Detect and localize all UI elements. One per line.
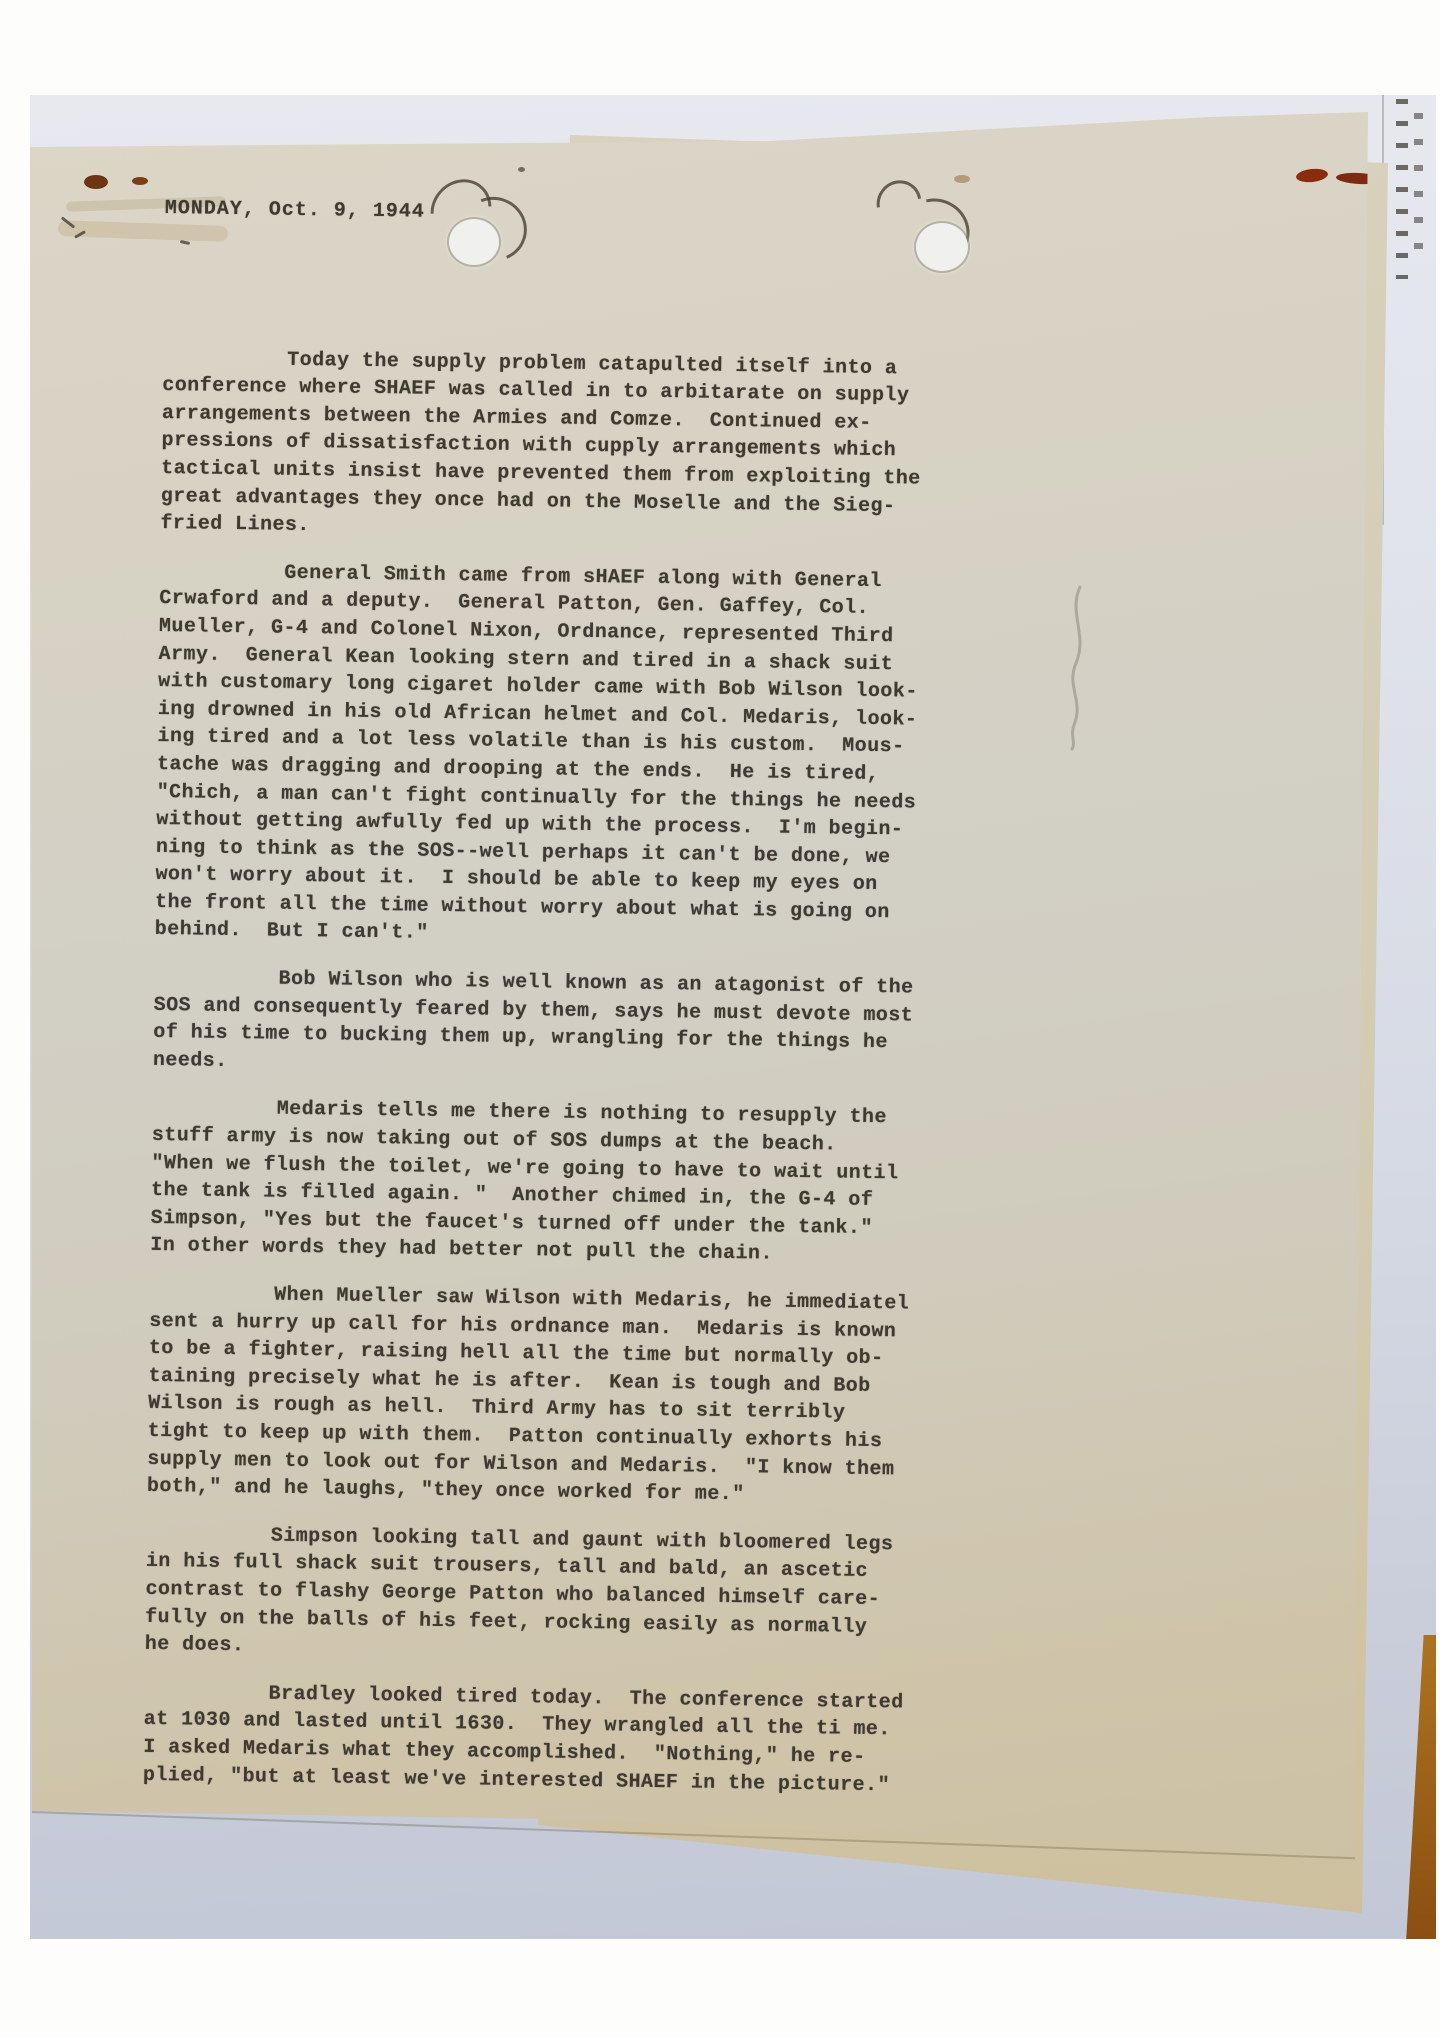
rust-stain-icon <box>1295 167 1328 183</box>
paragraph: Bradley looked tired today. The conferen… <box>143 1679 956 1801</box>
typed-text-block: MONDAY, Oct. 9, 1944 Today the supply pr… <box>142 195 976 1820</box>
photo-background: MONDAY, Oct. 9, 1944 Today the supply pr… <box>30 95 1436 1939</box>
date-heading: MONDAY, Oct. 9, 1944 <box>165 195 977 234</box>
paragraph: Bob Wilson who is well known as an atago… <box>153 964 966 1086</box>
rust-stain-icon <box>84 175 108 189</box>
paragraph: Simpson looking tall and gaunt with bloo… <box>145 1521 959 1670</box>
paragraph: Medaris tells me there is nothing to res… <box>150 1094 964 1271</box>
paragraph: When Mueller saw Wilson with Medaris, he… <box>147 1280 962 1512</box>
pen-squiggle-icon <box>1058 583 1098 753</box>
paragraph: General Smith came from sHAEF along with… <box>155 558 972 956</box>
rust-stain-icon <box>132 177 148 185</box>
adjacent-page-edge-text-marks <box>1414 113 1423 263</box>
paragraph: Today the supply problem catapulted itse… <box>160 345 975 549</box>
wood-table-corner <box>1374 1635 1436 1939</box>
scanned-photo-of-diary-page: MONDAY, Oct. 9, 1944 Today the supply pr… <box>0 0 1440 2038</box>
diary-page-sheet: MONDAY, Oct. 9, 1944 Today the supply pr… <box>30 95 1436 1939</box>
ink-speck <box>518 167 525 172</box>
adjacent-page-edge-text-marks <box>1396 99 1408 279</box>
